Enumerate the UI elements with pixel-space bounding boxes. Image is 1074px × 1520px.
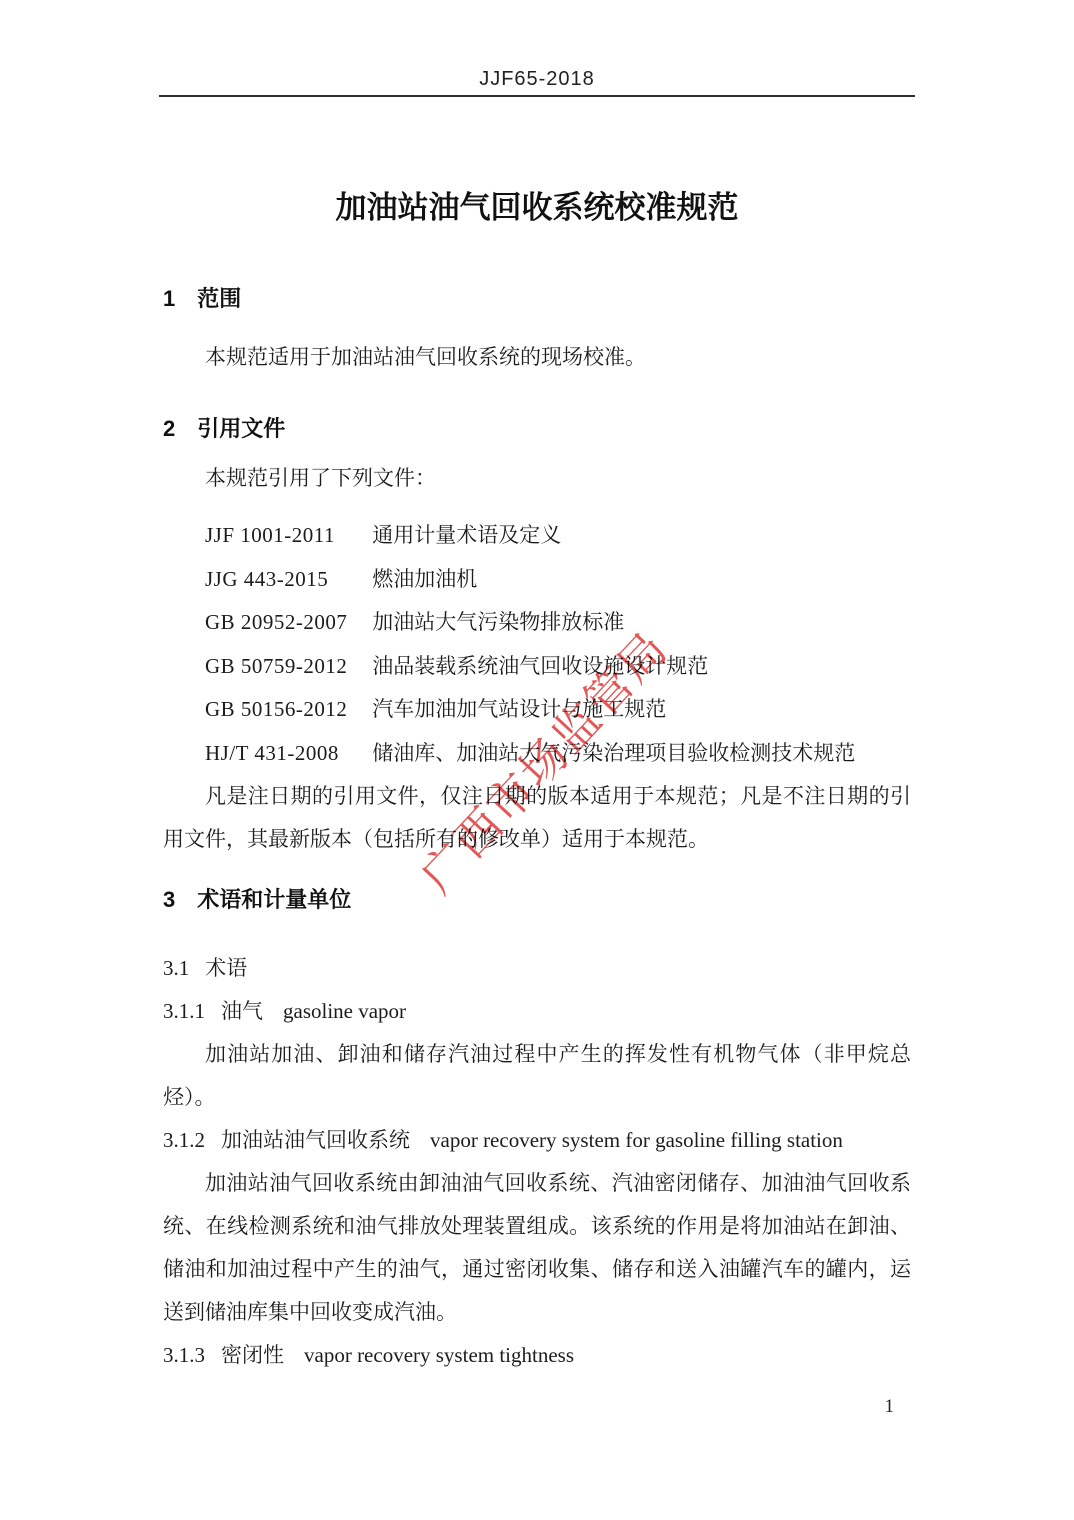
term-number: 3.1.3 (163, 1343, 205, 1367)
section-2-note: 凡是注日期的引用文件，仅注日期的版本适用于本规范；凡是不注日期的引用文件，其最新… (163, 775, 911, 861)
reference-title: 燃油加油机 (372, 558, 477, 602)
reference-row: GB 20952-2007 加油站大气污染物排放标准 (163, 601, 911, 645)
terms-block: 3.1术语 3.1.1油气gasoline vapor 加油站加油、卸油和储存汽… (163, 947, 911, 1377)
term-3-1: 3.1术语 (163, 947, 911, 990)
reference-code: GB 20952-2007 (205, 601, 367, 645)
section-2-title: 引用文件 (197, 416, 285, 441)
document-page: JJF65-2018 加油站油气回收系统校准规范 1范围 本规范适用于加油站油气… (0, 0, 1074, 1520)
reference-code: JJG 443-2015 (205, 558, 367, 602)
page-title: 加油站油气回收系统校准规范 (163, 187, 911, 229)
term-3-1-1-body: 加油站加油、卸油和储存汽油过程中产生的挥发性有机物气体（非甲烷总烃）。 (163, 1033, 911, 1119)
reference-code: HJ/T 431-2008 (205, 732, 367, 776)
reference-title: 油品装载系统油气回收设施设计规范 (372, 645, 708, 689)
reference-title: 加油站大气污染物排放标准 (372, 601, 624, 645)
reference-title: 通用计量术语及定义 (372, 514, 561, 558)
reference-row: HJ/T 431-2008 储油库、加油站大气污染治理项目验收检测技术规范 (163, 732, 911, 776)
section-1-number: 1 (163, 286, 175, 311)
doc-code: JJF65-2018 (479, 68, 595, 90)
section-1-heading: 1范围 (163, 285, 911, 313)
term-en: gasoline vapor (283, 999, 406, 1023)
section-3-heading: 3术语和计量单位 (163, 886, 911, 914)
reference-row: JJF 1001-2011 通用计量术语及定义 (163, 514, 911, 558)
reference-title: 汽车加油加气站设计与施工规范 (372, 688, 666, 732)
reference-row: JJG 443-2015 燃油加油机 (163, 558, 911, 602)
term-3-1-3: 3.1.3密闭性vapor recovery system tightness (163, 1334, 911, 1377)
section-1-paragraph: 本规范适用于加油站油气回收系统的现场校准。 (163, 335, 911, 379)
section-3-number: 3 (163, 887, 175, 912)
reference-row: GB 50759-2012 油品装载系统油气回收设施设计规范 (163, 645, 911, 689)
reference-code: GB 50156-2012 (205, 688, 367, 732)
term-en: vapor recovery system for gasoline filli… (430, 1128, 843, 1152)
term-en: vapor recovery system tightness (304, 1343, 574, 1367)
section-2-number: 2 (163, 416, 175, 441)
reference-list: JJF 1001-2011 通用计量术语及定义 JJG 443-2015 燃油加… (163, 514, 911, 775)
section-2-heading: 2引用文件 (163, 415, 911, 443)
page-header: JJF65-2018 (159, 0, 915, 97)
reference-code: JJF 1001-2011 (205, 514, 367, 558)
reference-title: 储油库、加油站大气污染治理项目验收检测技术规范 (372, 732, 855, 776)
term-3-1-2: 3.1.2加油站油气回收系统vapor recovery system for … (163, 1119, 911, 1162)
term-number: 3.1.2 (163, 1128, 205, 1152)
reference-code: GB 50759-2012 (205, 645, 367, 689)
section-1-title: 范围 (197, 286, 241, 311)
term-3-1-1: 3.1.1油气gasoline vapor (163, 990, 911, 1033)
section-3-title: 术语和计量单位 (197, 887, 351, 912)
term-zh: 加油站油气回收系统 (221, 1128, 410, 1152)
reference-row: GB 50156-2012 汽车加油加气站设计与施工规范 (163, 688, 911, 732)
term-number: 3.1 (163, 956, 189, 980)
term-zh: 油气 (221, 999, 263, 1023)
term-number: 3.1.1 (163, 999, 205, 1023)
page-number: 1 (885, 1396, 895, 1418)
section-2-intro: 本规范引用了下列文件： (163, 457, 911, 500)
term-zh: 术语 (205, 956, 247, 980)
term-zh: 密闭性 (221, 1343, 284, 1367)
term-3-1-2-body: 加油站油气回收系统由卸油油气回收系统、汽油密闭储存、加油油气回收系统、在线检测系… (163, 1162, 911, 1334)
